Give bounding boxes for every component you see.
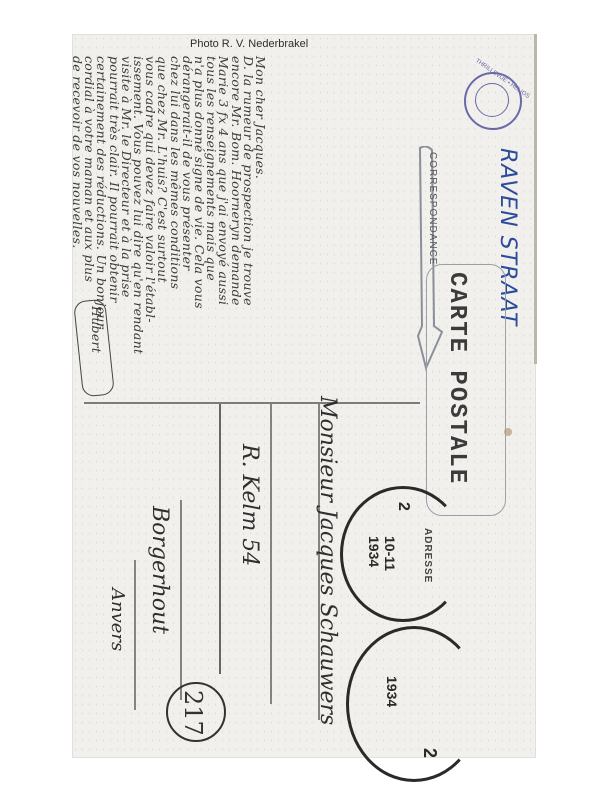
number-handstamp-text: 217 — [179, 690, 207, 736]
postmark-2-year: 1934 — [384, 676, 400, 707]
correspondance-label: CORRESPONDANCE — [427, 152, 438, 265]
postmark-1-date: 10-11 — [382, 536, 398, 571]
message-line: de recevoir de vos nouvelles. — [70, 56, 85, 249]
address-street: R. Kelm 54 — [237, 444, 262, 566]
postmark-1-number: 2 — [394, 502, 412, 511]
scan-edge — [534, 34, 537, 364]
address-recipient: Monsieur Jacques Schauwers — [315, 396, 340, 725]
address-city: Borgerhout — [147, 506, 172, 634]
vertical-divider — [219, 404, 221, 674]
purple-circular-stamp — [464, 72, 522, 130]
horizontal-divider — [84, 402, 420, 404]
address-rule — [180, 500, 182, 700]
publisher-line: Photo R. V. Nederbrakel — [190, 38, 308, 50]
address-rule — [134, 560, 136, 710]
postmark-2 — [346, 626, 482, 782]
postmark-1-year: 1934 — [366, 536, 382, 567]
address-region: Anvers — [107, 588, 128, 651]
pin-hole — [504, 428, 512, 436]
address-rule — [270, 404, 272, 704]
postmark-2-number: 2 — [419, 748, 440, 758]
carte-postale-heading: CARTE POSTALE — [443, 272, 470, 485]
